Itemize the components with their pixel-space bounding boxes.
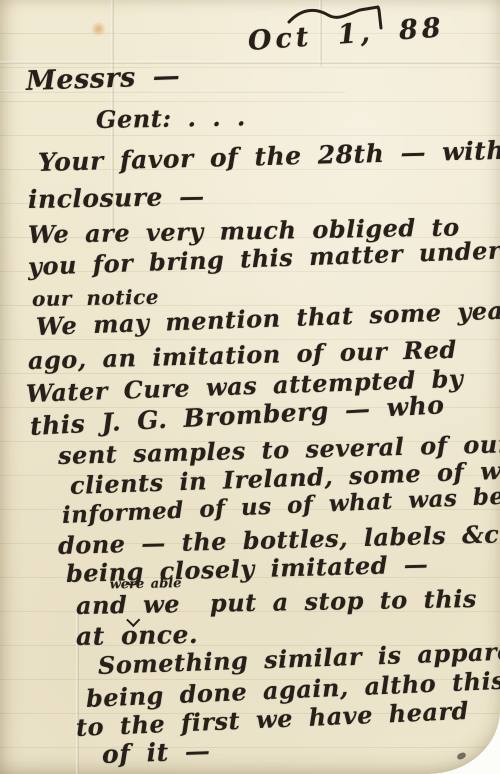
salutation-line: Messrs —: [26, 63, 181, 95]
letter-line-with-insertion: and we were able put a stop to this: [76, 587, 477, 618]
greeting-line: Gent: . . .: [96, 105, 246, 132]
letter-line: at once.: [76, 622, 199, 649]
ink-speck: [456, 752, 467, 761]
letter-line-pre: and we: [76, 589, 181, 620]
paper-stain: [90, 22, 107, 36]
letter-page: Oct 1, 88 Messrs — Gent: . . . Your favo…: [0, 0, 500, 774]
letter-line: of it —: [102, 738, 211, 767]
letter-line: our notice: [32, 287, 159, 309]
insertion-host: and we were able: [76, 592, 180, 618]
interlinear-insertion: were able: [110, 577, 182, 591]
date-line: Oct 1, 88: [247, 14, 445, 55]
letter-line-post: put a stop to this: [210, 584, 477, 618]
letter-line: Your favor of the 28th — with: [38, 138, 500, 175]
letter-line: inclosure —: [28, 184, 205, 212]
